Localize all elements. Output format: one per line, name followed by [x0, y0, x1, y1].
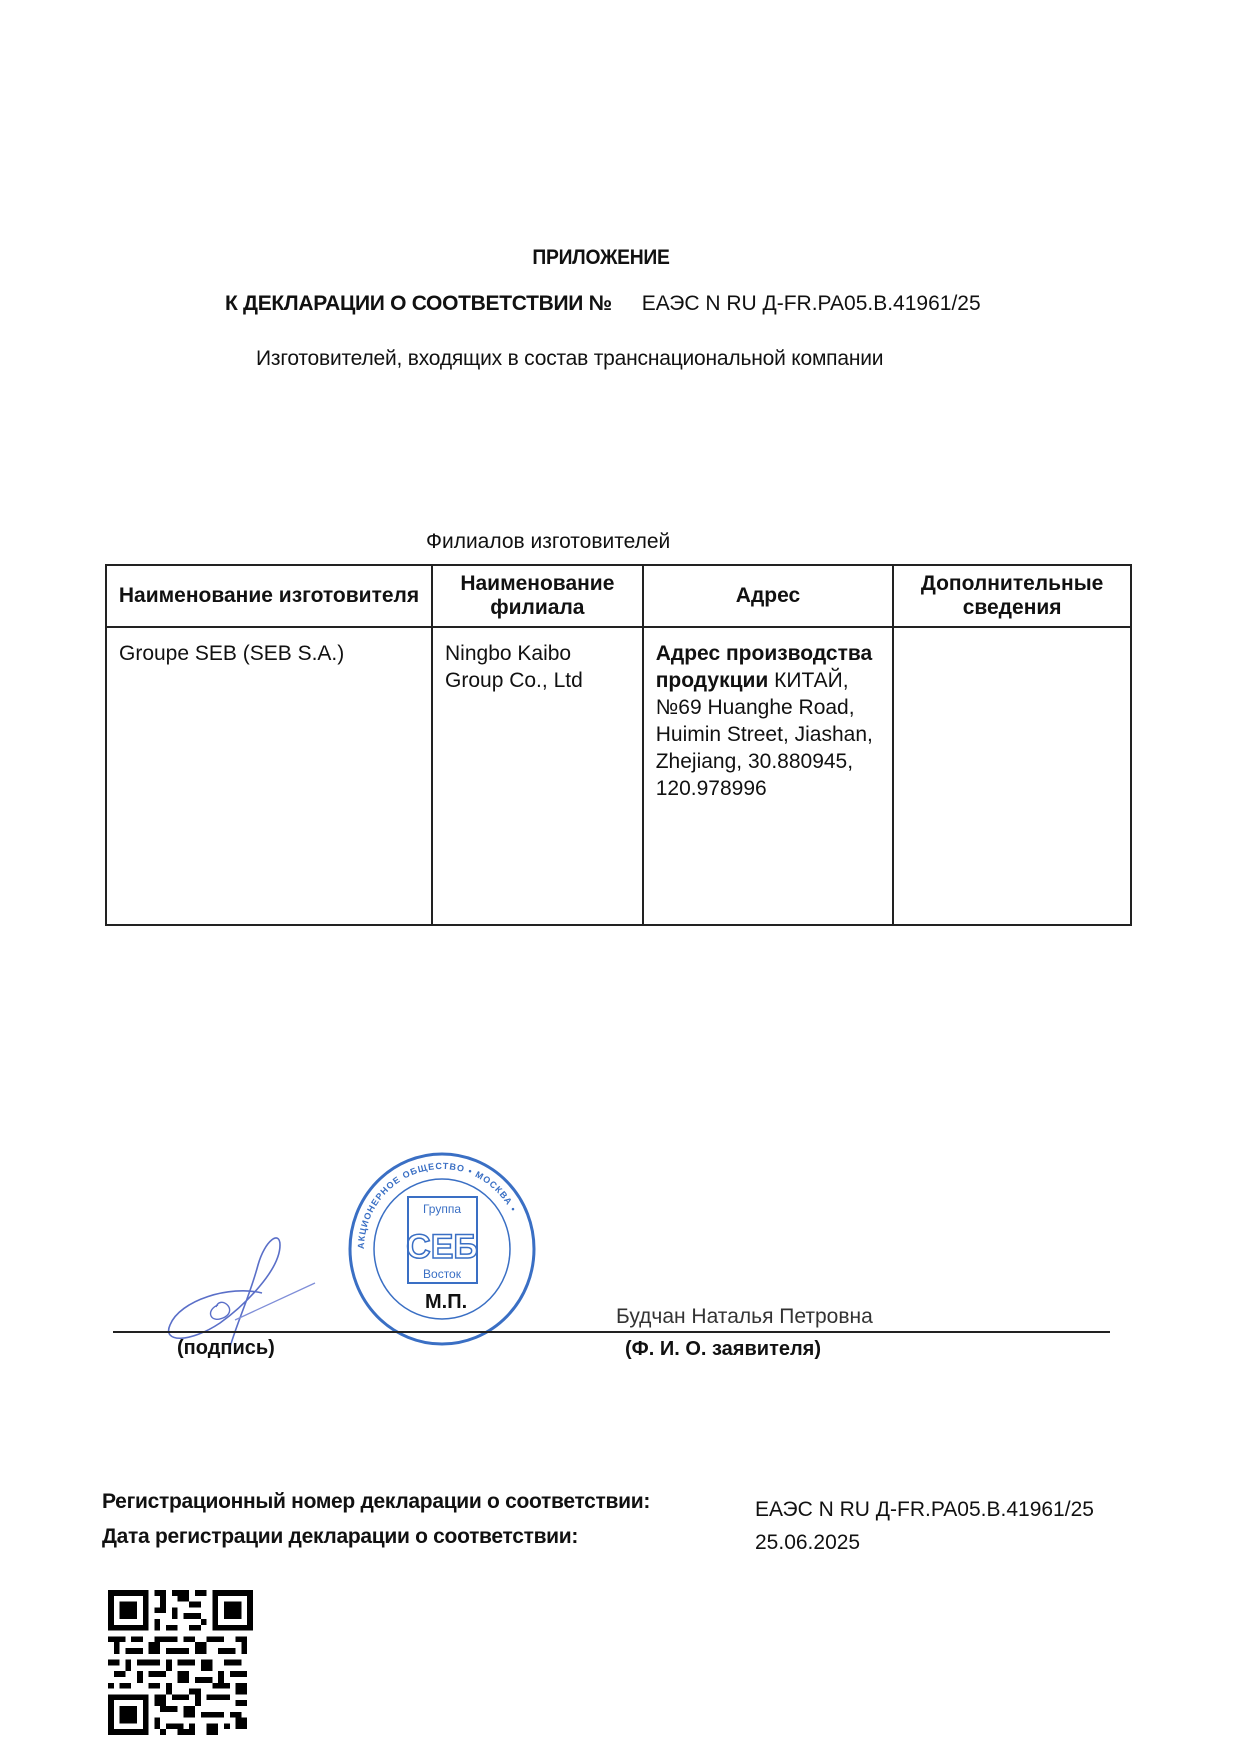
column-header-manufacturer: Наименование изготовителя [106, 565, 432, 627]
qr-code-icon [108, 1590, 253, 1735]
table-header-row: Наименование изготовителя Наименование ф… [106, 565, 1131, 627]
cell-address: Адрес производства продукции КИТАЙ, №69 … [643, 627, 894, 925]
branches-table: Наименование изготовителя Наименование ф… [105, 564, 1132, 926]
cell-manufacturer: Groupe SEB (SEB S.A.) [106, 627, 432, 925]
declaration-number: ЕАЭС N RU Д-FR.PA05.B.41961/25 [642, 292, 981, 315]
subtitle: Изготовителей, входящих в состав трансна… [256, 347, 883, 371]
stamp-top-text: Группа [423, 1202, 461, 1216]
page-title: ПРИЛОЖЕНИЕ [48, 246, 1154, 270]
registration-date-label: Дата регистрации декларации о соответств… [102, 1525, 578, 1549]
applicant-label: (Ф. И. О. заявителя) [625, 1338, 821, 1361]
table-row: Groupe SEB (SEB S.A.) Ningbo Kaibo Group… [106, 627, 1131, 925]
company-stamp-icon: АКЦИОНЕРНОЕ ОБЩЕСТВО • МОСКВА • Группа С… [345, 1150, 540, 1348]
column-header-address: Адрес [643, 565, 894, 627]
stamp-bottom-text: Восток [423, 1267, 462, 1281]
column-header-branch: Наименование филиала [432, 565, 643, 627]
signature-line [113, 1331, 1110, 1333]
table-caption: Филиалов изготовителей [426, 530, 670, 554]
applicant-name: Будчан Наталья Петровна [616, 1305, 873, 1329]
seal-label: М.П. [425, 1291, 467, 1314]
registration-number-label: Регистрационный номер декларации о соотв… [102, 1490, 650, 1514]
cell-additional [893, 627, 1131, 925]
signature-label: (подпись) [177, 1337, 275, 1360]
registration-number-value: ЕАЭС N RU Д-FR.PA05.B.41961/25 [755, 1498, 1094, 1522]
column-header-additional: Дополнительные сведения [893, 565, 1131, 627]
cell-branch: Ningbo Kaibo Group Co., Ltd [432, 627, 643, 925]
declaration-label: К ДЕКЛАРАЦИИ О СООТВЕТСТВИИ № [225, 292, 612, 315]
stamp-center-text: СЕБ [406, 1228, 478, 1266]
declaration-heading: К ДЕКЛАРАЦИИ О СООТВЕТСТВИИ №ЕАЭС N RU Д… [225, 292, 981, 316]
registration-date-value: 25.06.2025 [755, 1531, 860, 1555]
